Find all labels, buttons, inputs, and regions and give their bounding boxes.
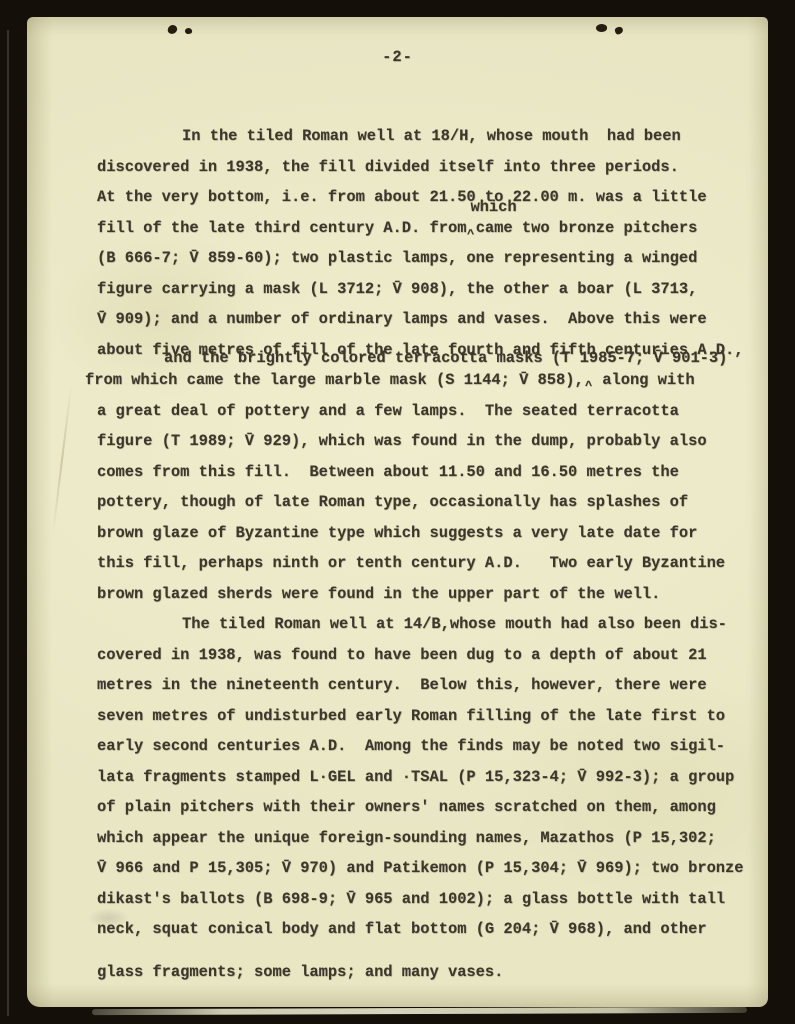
typed-line: brown glazed sherds were found in the up… <box>97 579 756 610</box>
page-number: -2- <box>27 47 768 67</box>
interline-insertion: which <box>470 199 516 215</box>
typed-line: a great deal of pottery and a few lamps.… <box>97 396 756 427</box>
typed-line: V̄ 909); and a number of ordinary lamps … <box>97 304 756 335</box>
typed-line: glass fragments; some lamps; and many va… <box>97 957 756 988</box>
scan-background: -2- In the tiled Roman well at 18/H, who… <box>0 0 795 1024</box>
typed-line: and the brightly colored terracotta mask… <box>85 365 756 396</box>
typed-line-segment: from which came the large marble mask (S… <box>85 371 584 389</box>
typed-line: early second centuries A.D. Among the fi… <box>97 731 756 762</box>
typed-line: V̄ 966 and P 15,305; V̄ 970) and Patikem… <box>97 853 756 884</box>
document-page: -2- In the tiled Roman well at 18/H, who… <box>27 17 768 1007</box>
typed-line: lata fragments stamped L·GEL and ·TSAL (… <box>97 762 756 793</box>
scan-edge-line <box>7 30 9 1016</box>
typed-text-block: In the tiled Roman well at 18/H, whose m… <box>97 121 756 987</box>
typed-line: metres in the nineteenth century. Below … <box>97 670 756 701</box>
typed-line: figure (T 1989; V̄ 929), which was found… <box>97 426 756 457</box>
typed-line: figure carrying a mask (L 3712; V̄ 908),… <box>97 274 756 305</box>
typed-line: of plain pitchers with their owners' nam… <box>97 792 756 823</box>
typed-line: which appear the unique foreign-sounding… <box>97 823 756 854</box>
typed-line: In the tiled Roman well at 18/H, whose m… <box>97 121 756 152</box>
typed-line: discovered in 1938, the fill divided its… <box>97 152 756 183</box>
typed-line: comes from this fill. Between about 11.5… <box>97 457 756 488</box>
typed-line-segment: came two bronze pitchers <box>476 219 698 237</box>
typed-line: neck, squat conical body and flat bottom… <box>97 914 756 945</box>
ink-mark-top-left-a <box>167 24 178 35</box>
interline-insertion: and the brightly colored terracotta mask… <box>164 350 727 366</box>
page-stack-edge <box>92 1007 747 1015</box>
typed-line: dikast's ballots (B 698-9; V̄ 965 and 10… <box>97 884 756 915</box>
typed-line: covered in 1938, was found to have been … <box>97 640 756 671</box>
typed-line-segment: along with <box>593 371 695 389</box>
typed-line: pottery, though of late Roman type, occa… <box>97 487 756 518</box>
insertion-anchor: which^ <box>466 219 475 237</box>
typed-line: this fill, perhaps ninth or tenth centur… <box>97 548 756 579</box>
ink-mark-top-right-a <box>595 23 607 32</box>
ink-mark-top-right-b <box>614 26 624 35</box>
typed-line: The tiled Roman well at 14/B,whose mouth… <box>97 609 756 640</box>
typed-line: seven metres of undisturbed early Roman … <box>97 701 756 732</box>
typed-line: (B 666-7; V̄ 859-60); two plastic lamps,… <box>97 243 756 274</box>
typed-line: At the very bottom, i.e. from about 21.5… <box>97 182 756 213</box>
typed-line: fill of the late third century A.D. from… <box>97 213 756 244</box>
typed-line-segment: fill of the late third century A.D. from <box>97 219 466 237</box>
paper-crease <box>52 385 72 534</box>
ink-mark-top-left-b <box>184 27 192 34</box>
typed-line: brown glaze of Byzantine type which sugg… <box>97 518 756 549</box>
